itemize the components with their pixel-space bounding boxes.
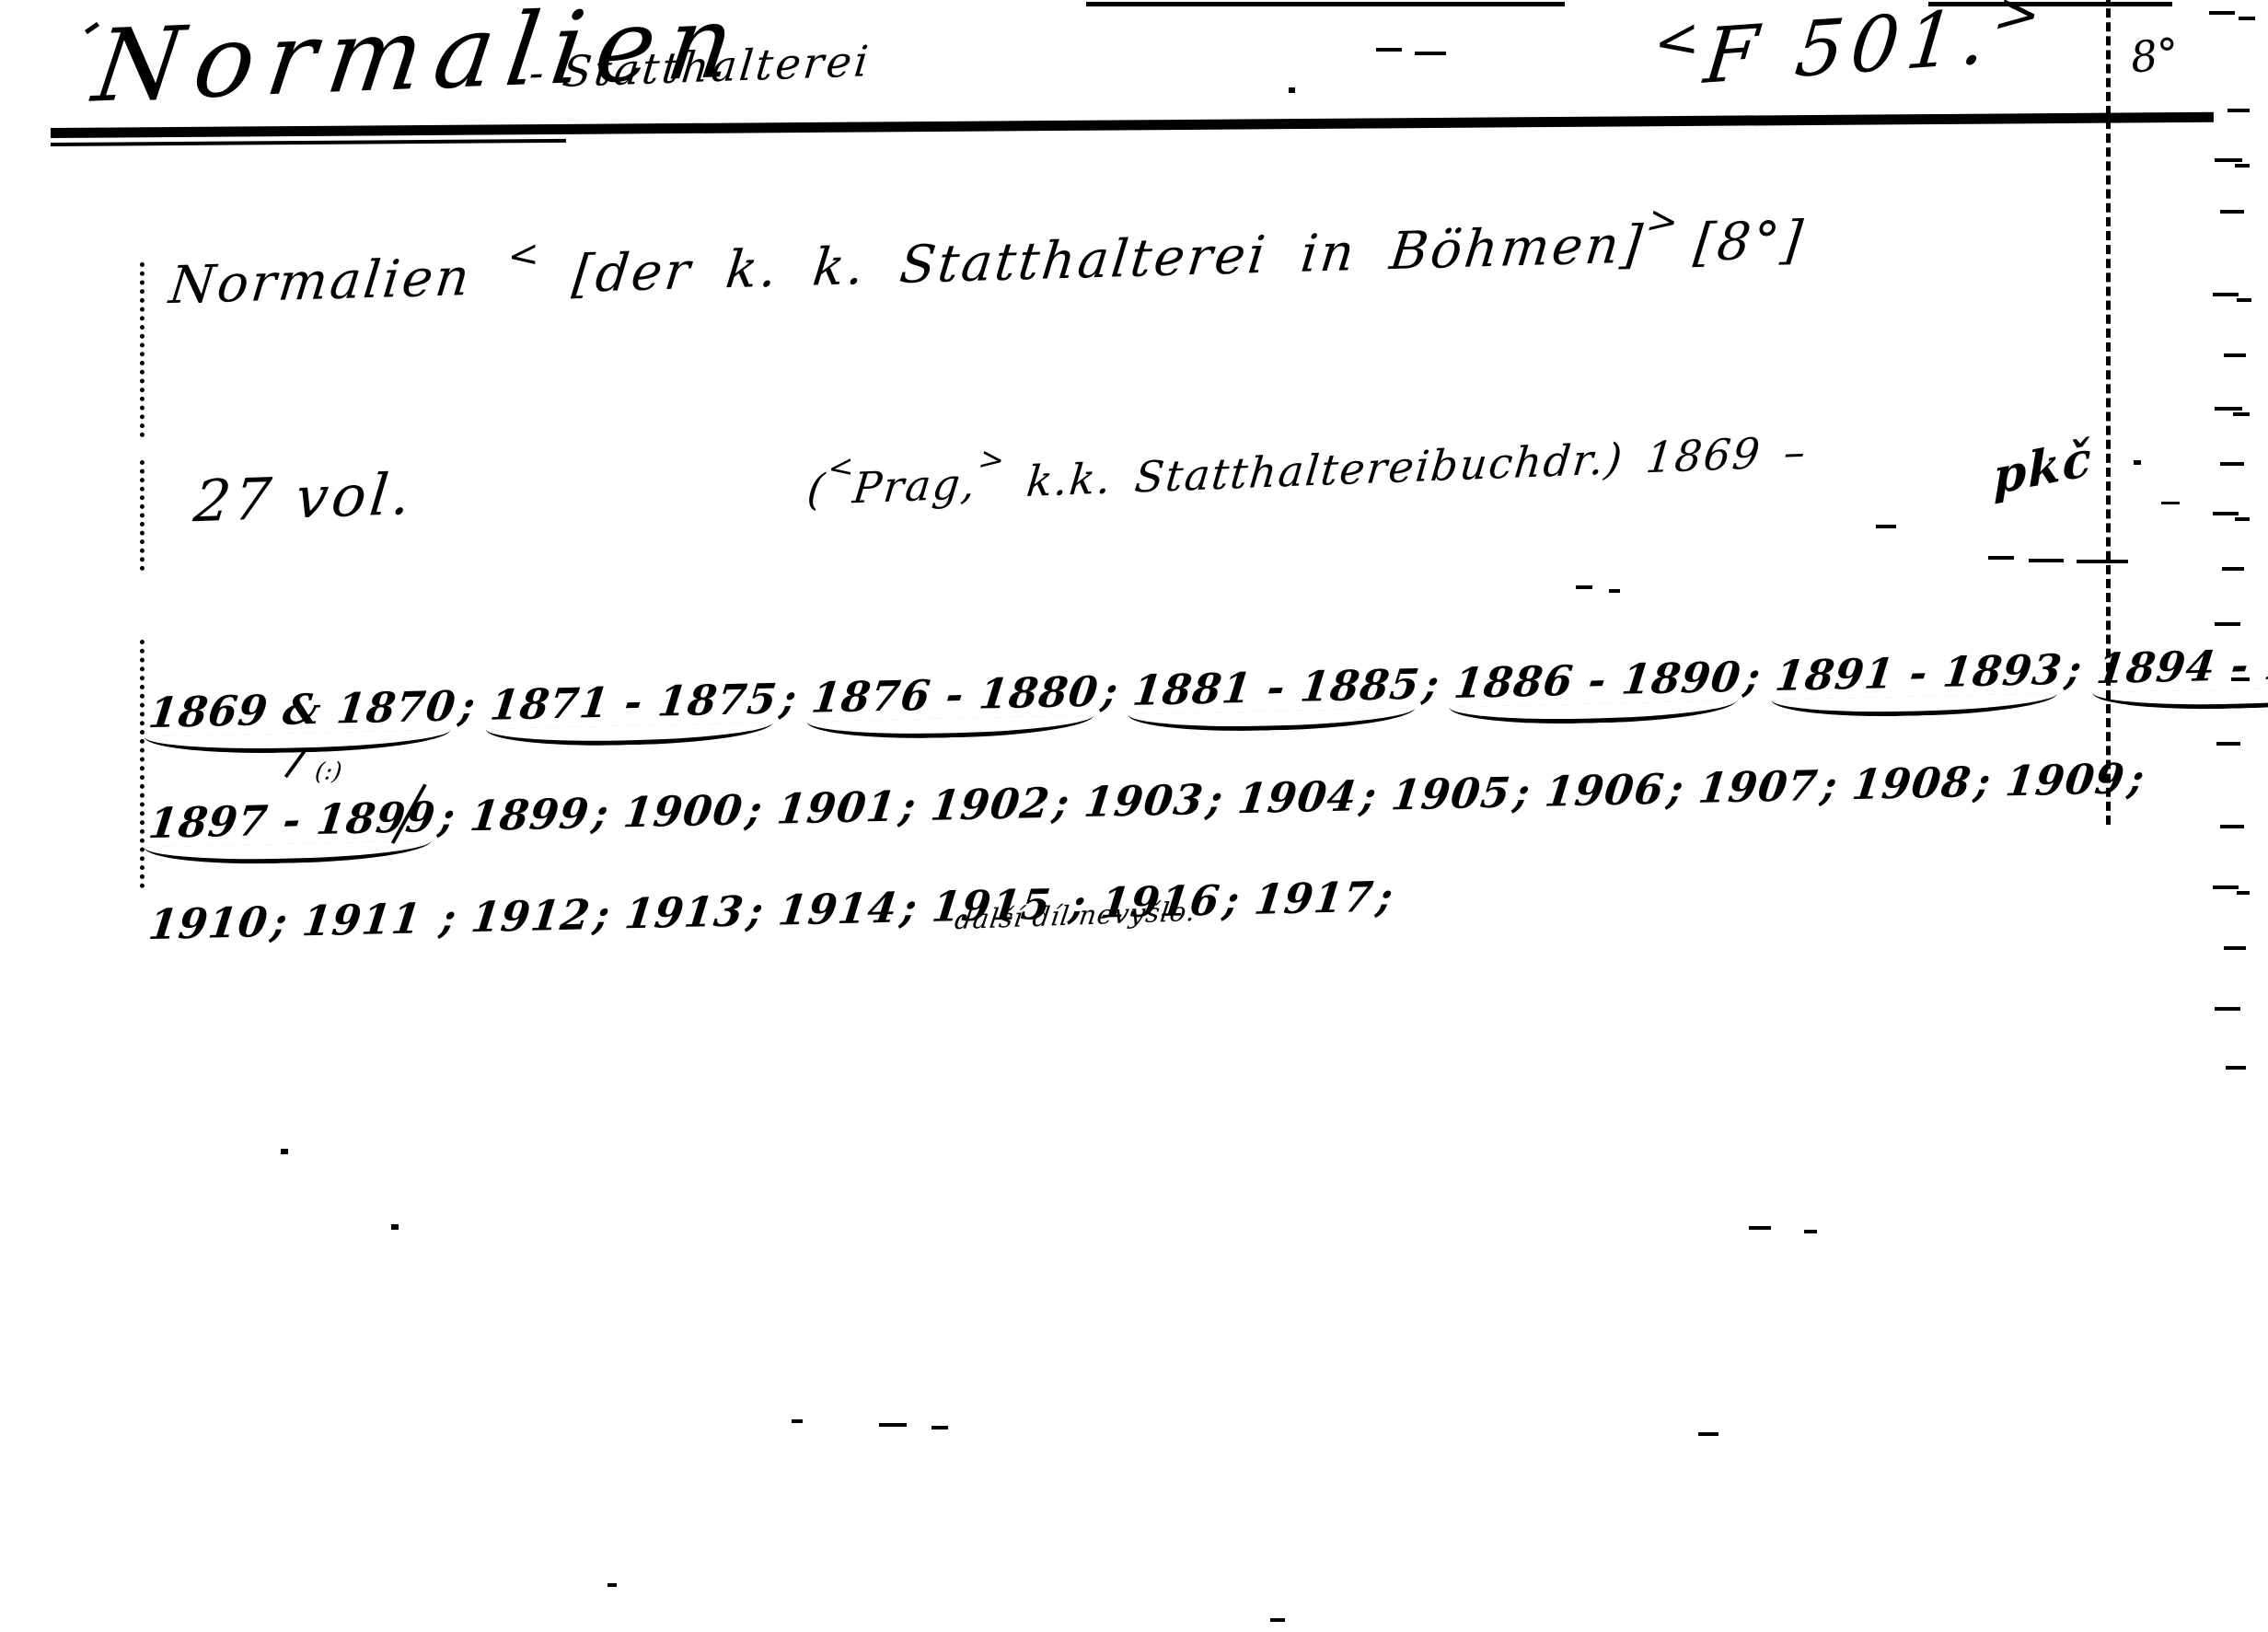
year-range: 1913: [622, 886, 746, 938]
insertion-close-mark: >: [976, 440, 1011, 479]
year-group: 1903: [1082, 775, 1206, 827]
scan-noise-mark: [2213, 885, 2239, 889]
year-range: 1907: [1695, 761, 1820, 813]
scan-noise-mark: [2220, 825, 2244, 828]
scan-noise-mark: [2220, 462, 2244, 466]
separator: ;: [591, 890, 613, 940]
scan-noise-mark: [1988, 556, 2014, 560]
imprint-place: Prag,: [850, 458, 979, 513]
call-number: <F 501.>: [1648, 0, 2051, 105]
year-range: 1910: [146, 897, 271, 949]
holdings-line-1: 1869 & 1870;1871 - 1875;1876 - 1880;1881…: [146, 637, 2268, 737]
scan-noise-mark: [2215, 622, 2240, 626]
scan-noise-mark: [1415, 52, 1446, 55]
year-range: 1904: [1235, 771, 1360, 823]
year-range: 1900: [621, 785, 746, 837]
scan-noise-mark: [2233, 412, 2250, 416]
separator: ;: [1819, 760, 1841, 810]
scan-noise-mark: [2224, 353, 2246, 357]
year-range: 1876 - 1880: [809, 667, 1102, 723]
separator: ;: [897, 781, 920, 831]
entry-format: [8°]: [1691, 210, 1808, 273]
year-range: 1906: [1543, 765, 1667, 816]
year-range: 1901: [774, 782, 898, 834]
separator: ;: [1204, 775, 1226, 825]
year-group: 1914: [776, 884, 900, 935]
scan-noise-mark: [2235, 517, 2250, 521]
scan-noise-mark: [1576, 585, 1592, 589]
scan-noise-mark: [2237, 298, 2251, 302]
holdings-line-3: 1910;1911 ;1912;1913;1914;1915 ;1916;191…: [146, 872, 1411, 949]
scan-noise-mark: [2237, 891, 2250, 895]
insertion-open-mark: <: [827, 447, 855, 487]
scan-noise-mark: [2077, 560, 2128, 563]
scan-noise-mark: [391, 1224, 399, 1230]
scan-noise-mark: [2134, 460, 2141, 465]
year-group: 1902: [928, 779, 1052, 830]
holdings-line-2: 1897 - 1899(:);1899;1900;1901;1902;1903;…: [146, 753, 2162, 848]
scan-noise-mark: [2215, 407, 2242, 411]
separator: ;: [898, 883, 920, 932]
scan-noise-mark: [2222, 567, 2244, 571]
scan-noise-mark: [1804, 1230, 1817, 1233]
separator: ;: [1374, 872, 1396, 921]
year-range: 1894 - 1896: [2094, 638, 2268, 693]
insertion-open-mark: <: [1654, 3, 1707, 75]
scan-noise-mark: [1270, 1618, 1285, 1622]
year-group: 1876 - 1880: [809, 667, 1102, 723]
insertion-close-mark: >: [1988, 0, 2055, 48]
left-margin-dotted-line: [140, 640, 145, 888]
separator: ;: [1665, 764, 1687, 814]
imprint-date: 1869 –: [1644, 426, 1810, 482]
year-range: 1914: [776, 884, 900, 935]
separator: ;: [1511, 768, 1533, 817]
year-range: 1871 - 1875: [488, 675, 781, 730]
separator: ;: [2063, 644, 2085, 694]
entry-bracketed: [der k. k. Statthalterei in Böhmen]: [570, 214, 1648, 305]
entry-line: Normalien < [der k. k. Statthalterei in …: [167, 210, 1808, 316]
year-group: 1886 - 1890: [1452, 653, 1744, 708]
scan-noise-mark: [2227, 109, 2250, 112]
imprint-open-paren: (: [804, 464, 827, 515]
year-range: 1902: [928, 779, 1052, 830]
scan-noise-mark: [1376, 48, 1402, 52]
imprint-publisher: k.k. Statthaltereibuchdr.): [1024, 434, 1626, 506]
left-margin-dotted-line: [140, 460, 145, 571]
pen-tick-mark: [85, 22, 99, 34]
scan-noise-mark: [607, 1583, 617, 1587]
year-range: 1917: [1252, 873, 1376, 924]
year-group: 1910: [146, 897, 271, 949]
catalog-card: Normalien - Statthalterei <F 501.> 8° No…: [0, 0, 2268, 1632]
scan-noise-mark: [1876, 525, 1896, 528]
scan-noise-mark: [792, 1419, 803, 1423]
insertion-close-mark: >: [1642, 198, 1686, 245]
scan-noise-mark: [2220, 210, 2244, 214]
correction-slash-mark: [283, 749, 307, 778]
separator: ;: [1420, 659, 1442, 709]
separator: ;: [422, 893, 460, 943]
insertion-open-mark: <: [507, 231, 541, 279]
year-range: 1899: [468, 789, 592, 840]
scan-noise-mark: [2209, 11, 2235, 15]
top-edge-line: [1086, 2, 1565, 6]
year-group: 1911: [300, 894, 424, 945]
year-range: 1869 & 1870: [146, 681, 459, 737]
year-range: 1908: [1849, 758, 1973, 809]
separator: ;: [1741, 652, 1764, 701]
year-range: 1905: [1389, 768, 1513, 819]
scan-noise-mark: [2213, 512, 2239, 515]
year-group: 1894 - 1896: [2094, 638, 2268, 693]
separator: ;: [457, 681, 479, 731]
separator: ;: [1099, 666, 1121, 716]
scan-noise-mark: [879, 1423, 907, 1427]
separator: ;: [745, 886, 767, 936]
scan-noise-mark: [1749, 1226, 1771, 1230]
scan-noise-mark: [2239, 17, 2255, 20]
left-margin-dotted-line: [140, 262, 145, 437]
separator: ;: [1221, 875, 1243, 925]
format-mark: 8°: [2128, 29, 2181, 83]
year-group: 1913: [622, 886, 746, 938]
separator: ;: [1051, 778, 1073, 828]
separator: ;: [436, 792, 458, 841]
year-range: 1886 - 1890: [1452, 653, 1744, 708]
separator: ;: [778, 674, 800, 723]
separator: ;: [2125, 754, 2147, 804]
scan-noise-mark: [931, 1426, 948, 1429]
correction-superscript: (:): [314, 758, 344, 786]
scan-noise-mark: [2154, 118, 2167, 122]
entry-lead: Normalien: [167, 248, 475, 316]
year-group: 1897 - 1899(:): [146, 793, 439, 848]
separator: ;: [744, 785, 766, 835]
scan-noise-mark: [2215, 158, 2242, 162]
scan-noise-mark: [2216, 742, 2240, 746]
year-group: 1869 & 1870: [146, 681, 459, 737]
imprint-line: (<Prag,> k.k. Statthaltereibuchdr.) 1869…: [804, 426, 1809, 515]
year-range: 1909: [2003, 754, 2127, 805]
volume-statement: 27 vol.: [191, 460, 417, 536]
scan-noise-mark: [2231, 677, 2250, 681]
scan-noise-mark: [2215, 1007, 2240, 1011]
year-group: 1901: [774, 782, 898, 834]
year-group: 1907: [1695, 761, 1820, 813]
separator: ;: [269, 897, 291, 947]
year-group: 1881 - 1885: [1130, 660, 1423, 715]
separator: ;: [1358, 771, 1380, 821]
year-range: 1881 - 1885: [1130, 660, 1423, 715]
year-group: 1904: [1235, 771, 1360, 823]
year-group: 1908: [1849, 758, 1973, 809]
scan-noise-mark: [1609, 589, 1620, 593]
year-range: 1891 - 1893: [1773, 645, 2065, 700]
scan-noise-mark: [1698, 1432, 1718, 1436]
scan-noise-mark: [2224, 946, 2246, 950]
header-rule-echo: [51, 139, 566, 146]
scan-noise-mark: [2161, 502, 2180, 504]
header-rule: [51, 112, 2214, 138]
scan-noise-mark: [2235, 164, 2250, 168]
year-group: 1899: [468, 789, 592, 840]
scan-noise-mark: [1289, 87, 1295, 93]
scan-noise-mark: [2213, 293, 2239, 296]
year-group: 1906: [1543, 765, 1667, 816]
price-note: pkč: [1993, 430, 2093, 506]
year-range: 1912: [469, 890, 593, 942]
year-range: 1903: [1082, 775, 1206, 827]
year-group: 1909: [2003, 754, 2127, 805]
year-group: 1891 - 1893: [1773, 645, 2065, 700]
separator: ;: [1972, 758, 1994, 807]
call-number-text: F 501.: [1700, 0, 1997, 101]
scan-noise-mark: [2226, 1066, 2246, 1070]
year-group: 1900: [621, 785, 746, 837]
year-group: 1871 - 1875: [488, 675, 781, 730]
separator: ;: [590, 789, 612, 839]
year-range: 1911: [300, 894, 424, 945]
year-group: 1912: [469, 890, 593, 942]
year-range: 1897 - 1899: [146, 793, 439, 848]
year-group: 1917: [1252, 873, 1376, 924]
scan-noise-mark: [281, 1149, 288, 1154]
year-group: 1905: [1389, 768, 1513, 819]
scan-noise-mark: [2029, 559, 2064, 562]
